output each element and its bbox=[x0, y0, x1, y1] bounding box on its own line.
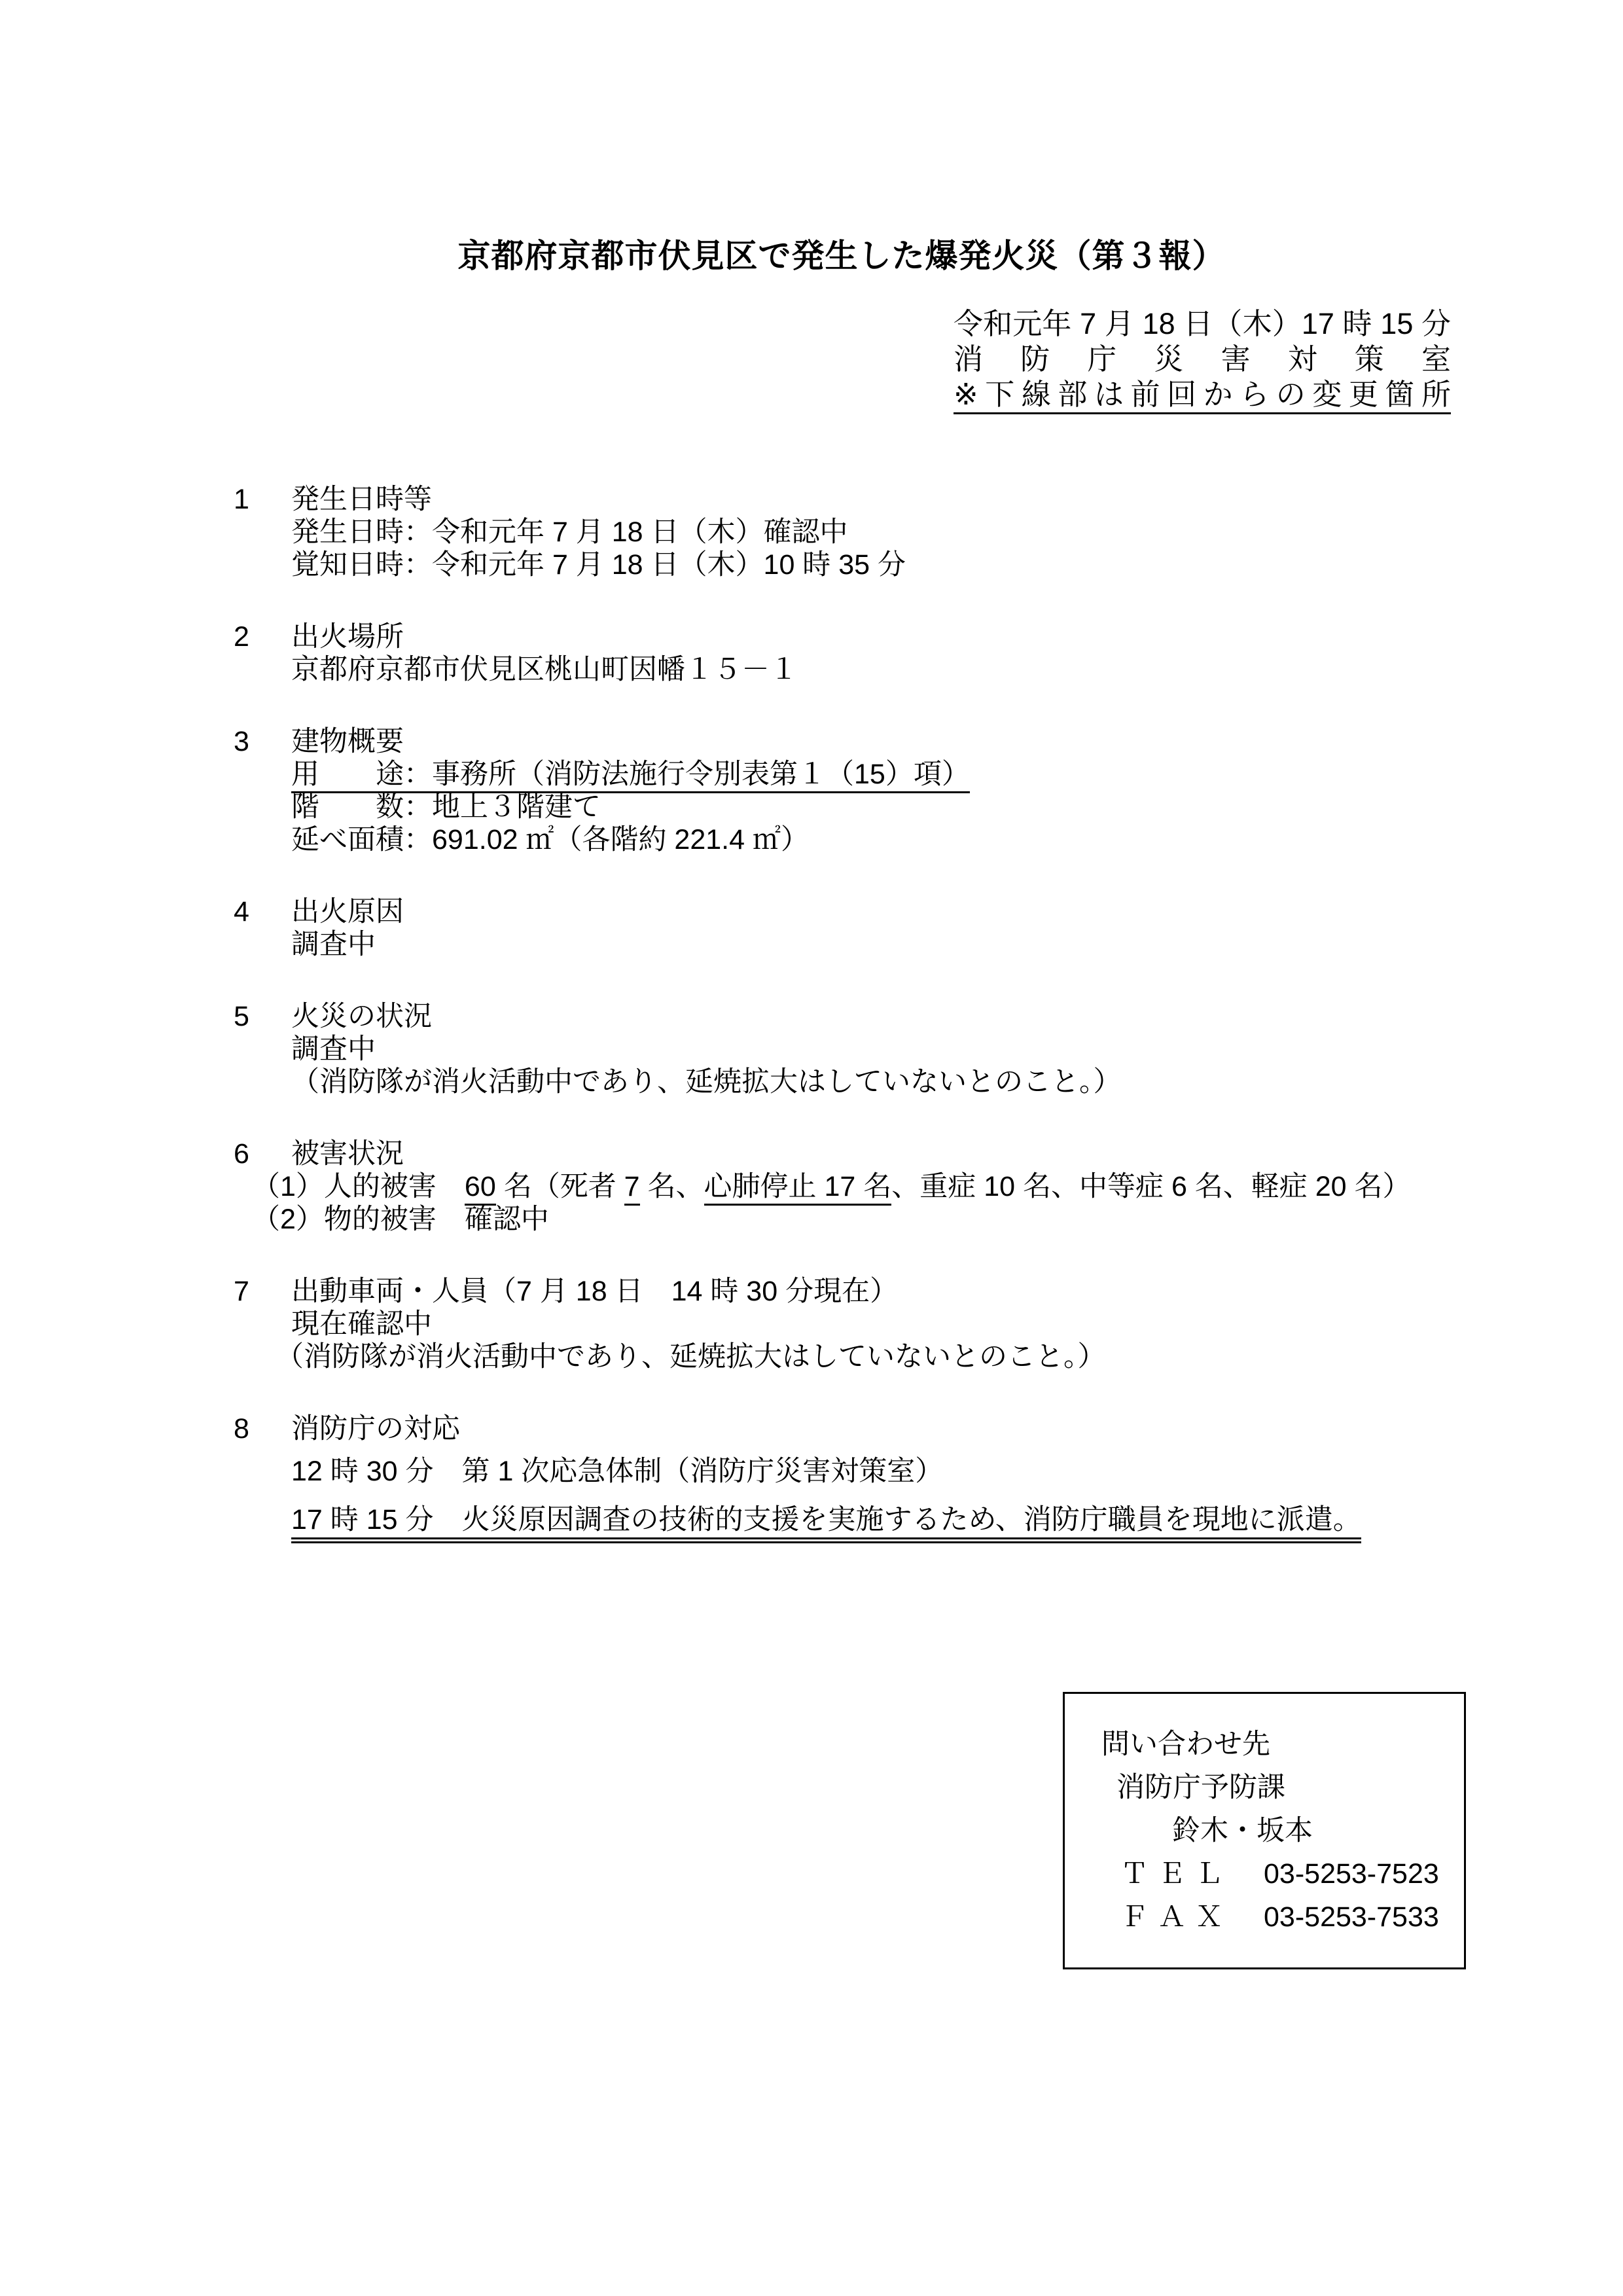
section-number: 3 bbox=[234, 725, 291, 758]
section-number: 2 bbox=[234, 620, 291, 653]
section-fire-cause: 4 出火原因 調査中 bbox=[0, 895, 1623, 961]
building-use-line: 用 途：事務所（消防法施行令別表第１（15）項） bbox=[291, 758, 1623, 791]
underline-note-text: ※下線部は前回からの変更箇所 bbox=[954, 378, 1451, 414]
section-heading: 消防庁の対応 bbox=[291, 1412, 1623, 1445]
occurrence-datetime-line: 発生日時：令和元年 7 月 18 日（木）確認中 bbox=[291, 516, 1623, 548]
response-step-2-underlined-text: 17 時 15 分 火災原因調査の技術的支援を実施するため、消防庁職員を現地に派… bbox=[291, 1504, 1361, 1543]
section-heading: 建物概要 bbox=[291, 725, 1623, 758]
section-fire-situation: 5 火災の状況 調査中 （消防隊が消火活動中であり、延焼拡大はしていないとのこと… bbox=[0, 1000, 1623, 1098]
section-heading-row: 1 発生日時等 bbox=[0, 483, 1623, 516]
human-damage-line: （1）人的被害 60 名（死者 7 名、心肺停止 17 名、重症 10 名、中等… bbox=[252, 1170, 1623, 1203]
section-number: 6 bbox=[234, 1138, 291, 1170]
human-damage-prefix: （1）人的被害 bbox=[252, 1171, 465, 1202]
report-datetime: 令和元年 7 月 18 日（木）17 時 15 分 bbox=[954, 306, 1451, 342]
fire-situation-status-line: 調査中 bbox=[291, 1033, 1623, 1066]
fire-address-line: 京都府京都市伏見区桃山町因幡１５－１ bbox=[291, 653, 1623, 686]
section-heading-row: 3 建物概要 bbox=[0, 725, 1623, 758]
building-area-line: 延べ面積：691.02 ㎡（各階約 221.4 ㎡） bbox=[291, 823, 1623, 856]
building-use-underlined-text: 用 途：事務所（消防法施行令別表第１（15）項） bbox=[291, 759, 970, 793]
human-damage-suffix: 、重症 10 名、中等症 6 名、軽症 20 名） bbox=[891, 1171, 1410, 1202]
building-floors-line: 階 数：地上３階建て bbox=[291, 791, 1623, 823]
section-heading: 出火場所 bbox=[291, 620, 1623, 653]
fire-situation-note-line: （消防隊が消火活動中であり、延焼拡大はしていないとのこと。） bbox=[291, 1066, 1623, 1098]
contact-staff-names: 鈴木・坂本 bbox=[1172, 1809, 1464, 1852]
underline-note: ※下線部は前回からの変更箇所 bbox=[954, 377, 1451, 412]
report-header: 令和元年 7 月 18 日（木）17 時 15 分 消防庁災害対策室 ※下線部は… bbox=[954, 306, 1451, 412]
casualty-total: 60 bbox=[465, 1171, 496, 1206]
section-heading-row: 8 消防庁の対応 bbox=[0, 1412, 1623, 1445]
section-number: 7 bbox=[234, 1275, 291, 1308]
material-damage-line: （2）物的被害 確認中 bbox=[252, 1203, 1623, 1236]
report-page: 京都府京都市伏見区で発生した爆発火災（第３報） 令和元年 7 月 18 日（木）… bbox=[0, 0, 1623, 2296]
contact-tel-line: ＴＥＬ03-5253-7523 bbox=[1120, 1852, 1464, 1895]
section-heading-row: 7 出動車両・人員（7 月 18 日 14 時 30 分現在） bbox=[0, 1275, 1623, 1308]
section-fdma-response: 8 消防庁の対応 12 時 30 分 第 1 次応急体制（消防庁災害対策室） 1… bbox=[0, 1412, 1623, 1536]
section-heading: 発生日時等 bbox=[291, 483, 1623, 516]
fax-label: ＦＡＸ bbox=[1120, 1901, 1232, 1933]
tel-label: ＴＥＬ bbox=[1120, 1858, 1232, 1890]
section-occurrence-datetime: 1 発生日時等 発生日時：令和元年 7 月 18 日（木）確認中 覚知日時：令和… bbox=[0, 483, 1623, 581]
section-number: 5 bbox=[234, 1000, 291, 1033]
section-damage-status: 6 被害状況 （1）人的被害 60 名（死者 7 名、心肺停止 17 名、重症 … bbox=[0, 1138, 1623, 1236]
section-heading-row: 6 被害状況 bbox=[0, 1138, 1623, 1170]
response-step-2-line: 17 時 15 分 火災原因調査の技術的支援を実施するため、消防庁職員を現地に派… bbox=[291, 1503, 1623, 1536]
section-dispatched-units: 7 出動車両・人員（7 月 18 日 14 時 30 分現在） 現在確認中 （消… bbox=[0, 1275, 1623, 1373]
response-step-1-line: 12 時 30 分 第 1 次応急体制（消防庁災害対策室） bbox=[291, 1455, 1623, 1488]
section-heading-row: 4 出火原因 bbox=[0, 895, 1623, 928]
casualty-cardiac-arrest: 心肺停止 17 名 bbox=[704, 1171, 892, 1206]
section-number: 8 bbox=[234, 1412, 291, 1445]
awareness-datetime-line: 覚知日時：令和元年 7 月 18 日（木）10 時 35 分 bbox=[291, 548, 1623, 581]
section-heading: 出火原因 bbox=[291, 895, 1623, 928]
issuing-organization: 消防庁災害対策室 bbox=[954, 342, 1451, 377]
human-damage-seg2: 名、 bbox=[640, 1171, 704, 1202]
contact-label: 問い合わせ先 bbox=[1101, 1723, 1464, 1766]
section-heading: 被害状況 bbox=[291, 1138, 1623, 1170]
section-heading-row: 2 出火場所 bbox=[0, 620, 1623, 653]
contact-department: 消防庁予防課 bbox=[1116, 1766, 1464, 1809]
report-body: 1 発生日時等 発生日時：令和元年 7 月 18 日（木）確認中 覚知日時：令和… bbox=[0, 483, 1623, 1536]
section-fire-location: 2 出火場所 京都府京都市伏見区桃山町因幡１５－１ bbox=[0, 620, 1623, 686]
fax-number: 03-5253-7533 bbox=[1264, 1901, 1439, 1933]
casualty-dead: 7 bbox=[624, 1171, 640, 1206]
section-building-overview: 3 建物概要 用 途：事務所（消防法施行令別表第１（15）項） 階 数：地上３階… bbox=[0, 725, 1623, 856]
report-title: 京都府京都市伏見区で発生した爆発火災（第３報） bbox=[234, 0, 1450, 276]
dispatch-note-line: （消防隊が消火活動中であり、延焼拡大はしていないとのこと。） bbox=[276, 1340, 1623, 1373]
tel-number: 03-5253-7523 bbox=[1264, 1858, 1439, 1890]
contact-fax-line: ＦＡＸ03-5253-7533 bbox=[1120, 1895, 1464, 1939]
human-damage-seg1: 名（死者 bbox=[496, 1171, 624, 1202]
section-heading: 火災の状況 bbox=[291, 1000, 1623, 1033]
contact-box: 問い合わせ先 消防庁予防課 鈴木・坂本 ＴＥＬ03-5253-7523 ＦＡＸ0… bbox=[1063, 1692, 1466, 1969]
section-number: 4 bbox=[234, 895, 291, 928]
dispatch-status-line: 現在確認中 bbox=[291, 1308, 1623, 1340]
fire-cause-status-line: 調査中 bbox=[291, 928, 1623, 961]
section-heading-row: 5 火災の状況 bbox=[0, 1000, 1623, 1033]
section-heading: 出動車両・人員（7 月 18 日 14 時 30 分現在） bbox=[291, 1275, 1623, 1308]
section-number: 1 bbox=[234, 483, 291, 516]
